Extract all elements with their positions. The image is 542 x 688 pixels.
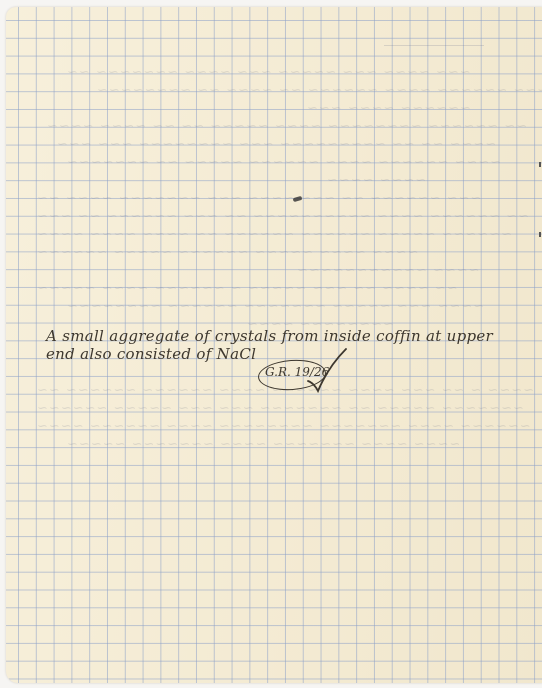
bleed-through-line: ~~~ ~~~~~~ ~~ ~~~ ~~~~ ~~~ ~~~~~~~ ~~~~ … (36, 191, 481, 206)
bleed-through-line: ~~~~ ~~~~~~ ~~~~ ~~~~~~ ~~~~~ ~~ ~~~~~~~ (66, 155, 501, 170)
handwritten-note-line-2: end also consisted of NaCl (46, 345, 256, 363)
bleed-through-line: ~~~~ ~~~ ~~~~~ ~~~~~~~ ~~~~~~ ~~~~~~~~ (66, 299, 484, 314)
bleed-through-line: ~~~~~~ ~~~~ ~~~~~~~ ~~~~~~~~ ~~~~ ~~~~~~… (36, 419, 531, 434)
margin-mark (539, 232, 541, 237)
bleed-through-line: ~~~ ~~~~ ~~~ ~~~~~ ~~~ ~~~~ ~~~~~~~ ~~ (66, 65, 471, 80)
bleed-through-line: ~~ ~~~~~~ ~~~~~~~~ ~~~~ ~~~~~ ~~ ~~ ~~~~… (46, 119, 527, 134)
handwritten-note-line-1: A small aggregate of crystals from insid… (46, 327, 493, 345)
bleed-through-line: ~~ ~~~~~~ ~~~~ ~~~~~~~~~~ ~~ ~~~ ~~~~~~ … (36, 209, 529, 224)
margin-mark (539, 162, 541, 167)
checkmark-icon (306, 347, 356, 393)
bleed-through-line: ~~~~~~ ~~~~~ ~~~~~~ ~~~~~~ ~~ ~~~~ ~~~~ … (36, 227, 512, 242)
bleed-through-header (384, 31, 484, 46)
bleed-through-line: ~~~~ ~~~~ ~~~~~~~ ~~~~ ~~~~~~~ ~~~~~ (66, 437, 460, 452)
bleed-through-line: ~~ ~~~~ ~~ ~~~ ~~~~~ ~ ~~~~~~ ~~~~ ~~~~~ (36, 281, 458, 296)
bleed-through-line: ~~~~ ~~~~~~~~~~~ (296, 263, 480, 278)
bleed-through-line: ~~~~ ~~~~ ~~~~~ ~~~~~~ ~~~~~ ~~~~~~ (36, 245, 418, 260)
bleed-through-line: ~~~~~~ ~~~~ ~~~ (306, 101, 471, 116)
bleed-through-line: ~~~~ ~~~~ (326, 173, 426, 188)
bleed-through-line: ~~~~ ~~~~~~ ~~~~ ~~~~~~ ~~ ~~~~ ~~ ~~~~~… (96, 83, 542, 98)
bleed-through-line: ~~~~ ~~ ~~ ~~~~~~~~~ ~~~ ~~~~~~~~ ~~~ ~~… (56, 137, 496, 152)
graph-paper-sheet: ~~~ ~~~~ ~~~ ~~~~~ ~~~ ~~~~ ~~~~~~~ ~~ ~… (6, 7, 542, 683)
bleed-through-line: ~~~~~~~ ~~~~~ ~~ ~~~~~~~ ~~~ ~~~ ~~~~~ ~… (36, 401, 524, 416)
